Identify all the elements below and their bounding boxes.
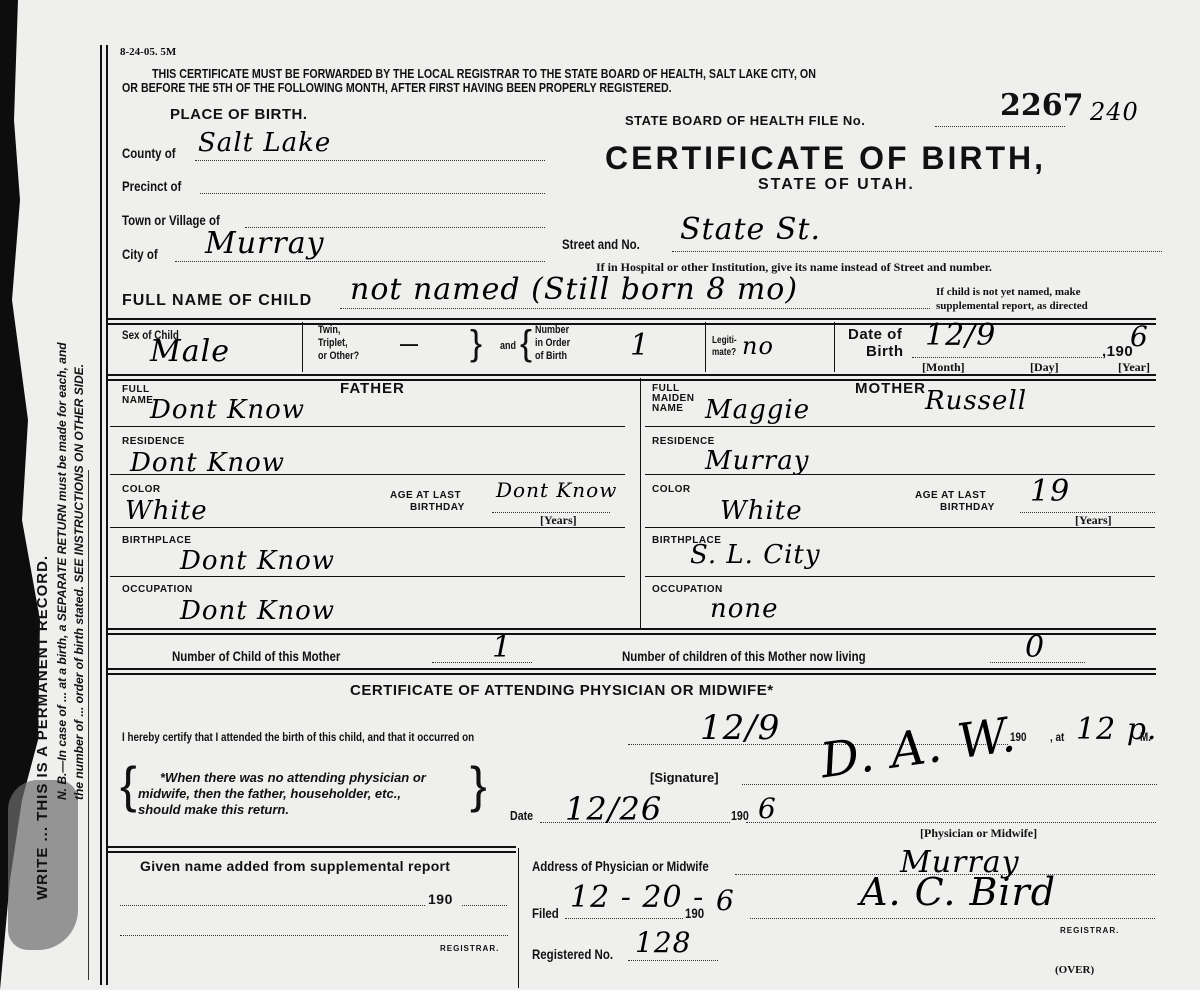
registered-no-label: Registered No. [532, 946, 613, 962]
precinct-label: Precinct of [122, 178, 181, 194]
forwarding-notice-line2: OR BEFORE THE 5TH OF THE FOLLOWING MONTH… [122, 80, 672, 95]
sex-value: Male [150, 334, 230, 369]
certify-statement: I hereby certify that I attended the bir… [122, 730, 474, 744]
occurred-on-value: 12/9 [700, 708, 780, 748]
over-label: (OVER) [1055, 964, 1094, 976]
registrar-signature: A. C. Bird [860, 870, 1056, 914]
note-line1: *When there was no attending physician o… [160, 770, 426, 785]
mother-occupation-value: none [710, 594, 779, 624]
forwarding-notice-line1: THIS CERTIFICATE MUST BE FORWARDED BY TH… [152, 66, 816, 81]
father-section-title: FATHER [340, 380, 405, 397]
dob-year-value: 6 [1130, 320, 1149, 353]
name-note-line1: If child is not yet named, make [936, 286, 1081, 298]
father-residence-label: RESIDENCE [122, 436, 185, 447]
mother-age-label-2: BIRTHDAY [940, 502, 995, 513]
father-name-label: FULLNAME [122, 384, 153, 406]
father-age-label-2: BIRTHDAY [410, 502, 465, 513]
child-number-value: 1 [492, 630, 512, 665]
and-label: and [500, 340, 516, 352]
dob-month-caption: [Month] [922, 360, 965, 375]
dob-value: 12/9 [925, 318, 996, 353]
twin-value: — [400, 334, 418, 355]
dob-year-caption: [Year] [1118, 360, 1150, 375]
street-value: State St. [680, 212, 821, 247]
mother-age-caption: [Years] [1075, 513, 1112, 528]
supplemental-year: 190 [428, 891, 453, 907]
dob-year-prefix: ,190 [1102, 343, 1133, 360]
physician-date-value: 12/26 [565, 790, 662, 828]
mother-section-title: MOTHER [855, 380, 926, 397]
legitimate-label: Legiti-mate? [712, 335, 737, 359]
file-number: 2267 [1000, 88, 1084, 123]
mother-first-name: Maggie [705, 395, 810, 425]
mother-age-label-1: AGE AT LAST [915, 490, 986, 501]
father-color-label: COLOR [122, 484, 161, 495]
birth-order-value: 1 [630, 328, 650, 363]
registrar-label-right: REGISTRAR. [1060, 926, 1119, 935]
signature-label: [Signature] [650, 770, 719, 785]
note-brace-right: } [470, 760, 487, 810]
birth-certificate-page: WRITE ... THIS IS A PERMANENT RECORD. N.… [0, 0, 1200, 990]
note-brace-left: { [120, 760, 137, 810]
physician-date-year-prefix: 190 [731, 808, 749, 823]
mother-last-name: Russell [925, 386, 1027, 416]
dob-day-caption: [Day] [1030, 360, 1059, 375]
father-birthplace-label: BIRTHPLACE [122, 535, 191, 546]
father-birthplace-value: Dont Know [180, 546, 335, 576]
father-occupation-label: OCCUPATION [122, 584, 193, 595]
city-label: City of [122, 246, 158, 262]
margin-note-line2: the number of ... order of birth stated.… [72, 364, 86, 800]
margin-note-line1: N. B.—In case of ... at a birth, a SEPAR… [55, 342, 69, 800]
father-color-value: White [125, 496, 208, 526]
margin-rule [88, 470, 89, 980]
father-occupation-value: Dont Know [180, 596, 335, 626]
county-value: Salt Lake [198, 128, 331, 158]
living-children-label: Number of children of this Mother now li… [622, 648, 866, 664]
physician-signature: D. A. W. [817, 707, 1020, 790]
physician-role-caption: [Physician or Midwife] [920, 826, 1037, 841]
brace-left: { [520, 322, 532, 364]
father-name-value: Dont Know [150, 395, 305, 425]
mother-birthplace-value: S. L. City [690, 540, 821, 570]
note-line3: should make this return. [138, 802, 289, 817]
mother-residence-value: Murray [705, 446, 809, 476]
brace-right: } [470, 322, 482, 364]
name-note-line2: supplemental report, as directed [936, 300, 1088, 312]
registrar-label-left: REGISTRAR. [440, 944, 499, 953]
address-label: Address of Physician or Midwife [532, 858, 709, 874]
at-label: , at [1050, 730, 1064, 744]
city-value: Murray [205, 226, 325, 261]
place-of-birth-heading: PLACE OF BIRTH. [170, 106, 308, 123]
permanent-record-notice: WRITE ... THIS IS A PERMANENT RECORD. [34, 555, 51, 900]
file-no-label: STATE BOARD OF HEALTH FILE No. [625, 113, 865, 128]
form-code: 8-24-05. 5M [120, 46, 176, 58]
father-age-value: Dont Know [496, 478, 617, 502]
supplemental-label: Given name added from supplemental repor… [140, 858, 450, 874]
filed-year-prefix: 190 [685, 905, 704, 921]
father-age-label-1: AGE AT LAST [390, 490, 461, 501]
dob-label-1: Date of [848, 326, 902, 343]
dob-label-2: Birth [866, 343, 904, 360]
m-label: M. [1140, 730, 1151, 744]
mother-color-label: COLOR [652, 484, 691, 495]
certificate-title: CERTIFICATE OF BIRTH, [605, 140, 1046, 177]
filed-year-value: 6 [716, 884, 735, 917]
left-double-border [100, 45, 108, 985]
physician-date-label: Date [510, 808, 533, 823]
living-children-value: 0 [1025, 630, 1045, 665]
street-label: Street and No. [562, 236, 640, 252]
child-number-label: Number of Child of this Mother [172, 648, 340, 664]
father-age-caption: [Years] [540, 513, 577, 528]
child-name-value: not named (Still born 8 mo) [350, 272, 798, 307]
child-name-label: FULL NAME OF CHILD [122, 292, 312, 310]
birth-order-label: Numberin Orderof Birth [535, 324, 570, 363]
mother-age-value: 19 [1030, 474, 1070, 509]
mother-name-label: FULLMAIDENNAME [652, 384, 694, 414]
physician-date-year: 6 [758, 792, 777, 825]
mother-color-value: White [720, 496, 803, 526]
file-number-annotation: 240 [1090, 98, 1139, 126]
note-line2: midwife, then the father, householder, e… [138, 786, 401, 801]
filed-label: Filed [532, 905, 559, 921]
legitimate-value: no [742, 332, 774, 360]
physician-section-title: CERTIFICATE OF ATTENDING PHYSICIAN OR MI… [350, 682, 774, 699]
county-label: County of [122, 145, 176, 161]
twin-label: Twin,Triplet,or Other? [318, 324, 359, 363]
state-subtitle: STATE OF UTAH. [758, 176, 915, 194]
registered-no-value: 128 [635, 926, 691, 959]
